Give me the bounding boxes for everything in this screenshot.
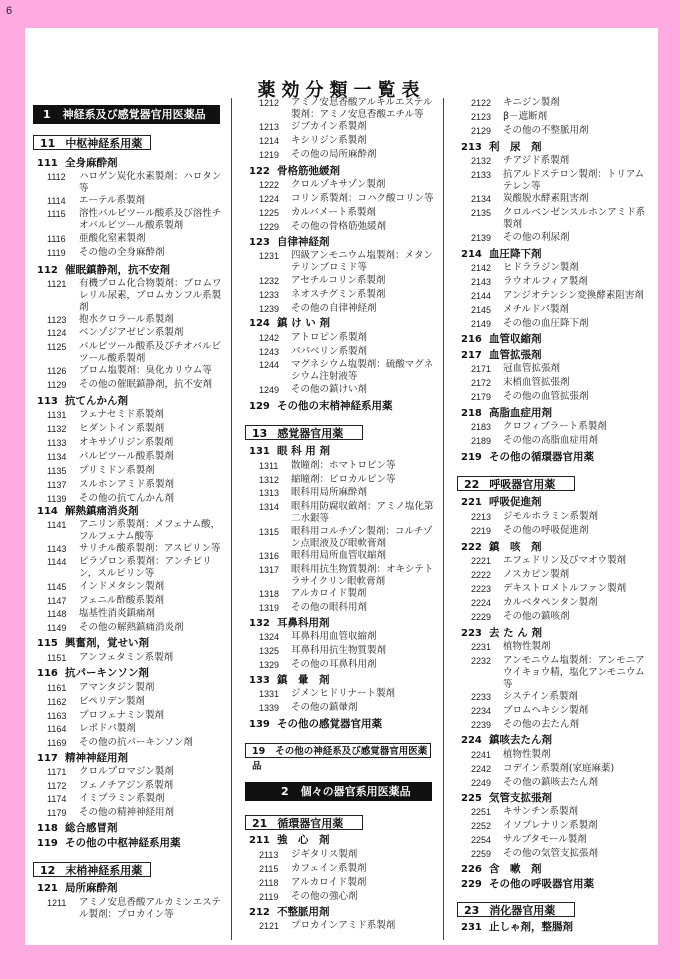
group-label: 末梢神経系用薬 [65, 864, 142, 877]
category-label: 興奮剤，覚せい剤 [65, 637, 149, 649]
subcategory-label: ジブカイン系製剤 [291, 121, 437, 133]
subcategory-code: 2171 [471, 363, 491, 375]
category-label: 耳鼻科用剤 [277, 617, 330, 629]
subcategory-code: 2229 [471, 611, 491, 623]
subcategory-item: 2222ノスカピン製剤 [471, 569, 649, 581]
subcategory-label: アニリン系製剤：メフェナム酸，フルフェナム酸等 [79, 519, 225, 543]
category-code: 112 [37, 265, 65, 276]
major-code: 1 [43, 108, 51, 121]
subcategory-code: 2144 [471, 290, 491, 302]
subcategory-label: 抱水クロラール系製剤 [79, 314, 225, 326]
category-heading: 117精神神経用剤 [37, 750, 128, 765]
group-heading-box: 19その他の神経系及び感覚器官用医薬品 [245, 743, 431, 758]
category-label: その他の末梢神経系用薬 [277, 400, 393, 412]
category-label: 鎮咳去たん剤 [489, 734, 552, 746]
category-code: 225 [461, 793, 489, 804]
subcategory-code: 1243 [259, 346, 279, 358]
subcategory-label: ハロゲン炭化水素製剤：ハロタン等 [79, 171, 225, 195]
group-code: 13 [252, 427, 267, 440]
group-code: 21 [252, 817, 267, 830]
subcategory-label: キサンチン系製剤 [503, 806, 649, 818]
subcategory-code: 1313 [259, 487, 279, 499]
category-label: 精神神経用剤 [65, 752, 128, 764]
subcategory-code: 2113 [259, 849, 278, 861]
subcategory-label: イミプラミン系製剤 [79, 793, 225, 805]
subcategory-item: 1134バルビツール酸系製剤 [47, 451, 225, 463]
subcategory-label: クロルプロマジン製剤 [79, 766, 225, 778]
category-code: 115 [37, 638, 65, 649]
subcategory-item: 1149その他の解熱鎮痛消炎剤 [47, 622, 225, 634]
major-label: 個々の器官系用医薬品 [301, 785, 411, 798]
subcategory-item: 1312縮瞳剤：ピロカルピン等 [259, 474, 437, 486]
category-label: 血管拡張剤 [489, 349, 542, 361]
subcategory-code: 2189 [471, 435, 491, 447]
subcategory-label: ベンゾジアゼピン系製剤 [79, 327, 225, 339]
category-heading: 129その他の末梢神経系用薬 [249, 398, 393, 413]
group-code: 11 [40, 137, 55, 150]
subcategory-label: カルベタペンタン製剤 [503, 597, 649, 609]
subcategory-item: 1147フェニル酢酸系製剤 [47, 595, 225, 607]
category-label: 強 心 剤 [277, 834, 330, 846]
subcategory-code: 1145 [47, 581, 66, 593]
subcategory-code: 1329 [259, 659, 279, 671]
subcategory-label: パパベリン系製剤 [291, 346, 437, 358]
subcategory-code: 1164 [47, 723, 66, 735]
subcategory-code: 2254 [471, 834, 491, 846]
subcategory-item: 2249その他の鎮咳去たん剤 [471, 777, 649, 789]
subcategory-code: 1213 [259, 121, 279, 133]
major-code: 2 [281, 785, 289, 798]
subcategory-code: 1317 [259, 564, 279, 576]
subcategory-label: その他の解熱鎮痛消炎剤 [79, 622, 225, 634]
subcategory-item: 1162ビペリデン製剤 [47, 696, 225, 708]
category-label: 含 嗽 剤 [489, 863, 542, 875]
subcategory-item: 2233システイン系製剤 [471, 691, 649, 703]
category-code: 223 [461, 628, 489, 639]
subcategory-code: 2219 [471, 525, 491, 537]
subcategory-code: 1134 [47, 451, 66, 463]
subcategory-code: 1214 [259, 135, 279, 147]
subcategory-code: 1126 [47, 365, 66, 377]
group-label: 感覚器官用薬 [277, 427, 343, 440]
subcategory-item: 1141アニリン系製剤：メフェナム酸，フルフェナム酸等 [47, 519, 225, 543]
major-label: 神経系及び感覚器官用医薬品 [63, 108, 206, 121]
subcategory-item: 1172フェノチアジン系製剤 [47, 780, 225, 792]
category-heading: 114解熱鎮痛消炎剤 [37, 503, 139, 518]
group-heading-box: 12末梢神経系用薬 [33, 862, 151, 877]
category-code: 124 [249, 318, 277, 329]
subcategory-item: 2229その他の鎮咳剤 [471, 611, 649, 623]
subcategory-code: 1151 [47, 652, 66, 664]
subcategory-label: その他の自律神経剤 [291, 303, 437, 315]
subcategory-item: 1129その他の催眠鎮静剤，抗不安剤 [47, 379, 225, 391]
category-label: 去 た ん 剤 [489, 627, 542, 639]
category-label: 解熱鎮痛消炎剤 [65, 505, 139, 517]
category-code: 117 [37, 753, 65, 764]
category-heading: 223去 た ん 剤 [461, 625, 542, 640]
subcategory-item: 1319その他の眼科用剤 [259, 602, 437, 614]
subcategory-code: 1212 [259, 97, 279, 109]
category-heading: 218高脂血症用剤 [461, 405, 552, 420]
group-heading-box: 23消化器官用薬 [457, 902, 575, 917]
category-heading: 212不整脈用剤 [249, 904, 330, 919]
subcategory-code: 1124 [47, 327, 66, 339]
category-code: 222 [461, 542, 489, 553]
major-category-band: 1神経系及び感覚器官用医薬品 [33, 105, 220, 124]
subcategory-item: 1124ベンゾジアゼピン系製剤 [47, 327, 225, 339]
subcategory-item: 1311散瞳剤：ホマトロピン等 [259, 460, 437, 472]
category-code: 229 [461, 879, 489, 890]
category-code: 116 [37, 668, 65, 679]
subcategory-label: ノスカピン製剤 [503, 569, 649, 581]
subcategory-code: 1137 [47, 479, 66, 491]
category-code: 231 [461, 922, 489, 933]
column-divider [443, 98, 444, 940]
subcategory-label: デキストロメトルファン製剤 [503, 583, 649, 595]
subcategory-label: 末梢血管拡張剤 [503, 377, 649, 389]
category-label: 総合感冒剤 [65, 822, 118, 834]
group-code: 22 [464, 478, 479, 491]
category-code: 214 [461, 249, 489, 260]
subcategory-code: 1129 [47, 379, 66, 391]
category-heading: 225気管支拡張剤 [461, 790, 552, 805]
subcategory-item: 2129その他の不整脈用剤 [471, 125, 649, 137]
subcategory-label: β－遮断剤 [503, 111, 649, 123]
subcategory-item: 1135プリミドン系製剤 [47, 465, 225, 477]
subcategory-code: 2233 [471, 691, 491, 703]
subcategory-code: 1123 [47, 314, 66, 326]
category-code: 212 [249, 907, 277, 918]
subcategory-item: 2118アルカロイド製剤 [259, 877, 437, 889]
category-heading: 113抗てんかん剤 [37, 393, 128, 408]
category-heading: 133鎮 暈 剤 [249, 672, 330, 687]
subcategory-code: 2142 [471, 262, 491, 274]
subcategory-label: コリン系製剤：コハク酸コリン等 [291, 193, 437, 205]
category-code: 131 [249, 446, 277, 457]
category-code: 139 [249, 719, 277, 730]
subcategory-code: 2224 [471, 597, 491, 609]
category-heading: 231止しゃ剤，整腸剤 [461, 919, 573, 934]
subcategory-item: 1239その他の自律神経剤 [259, 303, 437, 315]
subcategory-label: ネオスチグミン系製剤 [291, 289, 437, 301]
subcategory-item: 2254サルブタモール製剤 [471, 834, 649, 846]
subcategory-label: アンフェタミン系製剤 [79, 652, 225, 664]
subcategory-label: ジモルホラミン系製剤 [503, 511, 649, 523]
category-heading: 122骨格筋弛緩剤 [249, 163, 340, 178]
subcategory-item: 1233ネオスチグミン系製剤 [259, 289, 437, 301]
subcategory-code: 1315 [259, 526, 279, 538]
subcategory-label: 眼科用防腐収斂剤：アミノ塩化第二水銀等 [291, 501, 437, 525]
subcategory-label: 溶性バルビツール酸系及び溶性チオバルビツール酸系製剤 [79, 208, 225, 232]
subcategory-item: 1211アミノ安息香酸アルカミンエステル製剤：プロカイン等 [47, 897, 225, 921]
subcategory-label: 冠血管拡張剤 [503, 363, 649, 375]
category-code: 111 [37, 158, 65, 169]
category-code: 133 [249, 675, 277, 686]
subcategory-item: 2144アンジオテンシン変換酵素阻害剤 [471, 290, 649, 302]
subcategory-label: システイン系製剤 [503, 691, 649, 703]
subcategory-code: 2135 [471, 207, 491, 219]
subcategory-code: 1115 [47, 208, 66, 220]
subcategory-label: フェノチアジン系製剤 [79, 780, 225, 792]
subcategory-label: 亜酸化窒素製剤 [79, 233, 225, 245]
category-heading: 222鎮 咳 剤 [461, 539, 542, 554]
subcategory-item: 1163プロフェナミン製剤 [47, 710, 225, 722]
subcategory-label: 眼科用コルチゾン製剤：コルチゾン点眼液及び眼軟膏剤 [291, 526, 437, 550]
category-heading: 219その他の循環器官用薬 [461, 449, 594, 464]
subcategory-label: その他の耳鼻科用剤 [291, 659, 437, 671]
subcategory-item: 1143サリチル酸系製剤：アスピリン等 [47, 543, 225, 555]
subcategory-code: 1149 [47, 622, 66, 634]
group-label: 循環器官用薬 [277, 817, 343, 830]
subcategory-code: 1135 [47, 465, 66, 477]
subcategory-label: 耳鼻科用血管収縮剤 [291, 631, 437, 643]
subcategory-item: 1224コリン系製剤：コハク酸コリン等 [259, 193, 437, 205]
subcategory-label: ジギタリス製剤 [291, 849, 437, 861]
subcategory-label: 眼科用局所血管収縮剤 [291, 550, 437, 562]
category-label: 全身麻酔剤 [65, 157, 118, 169]
subcategory-item: 2132チアジド系製剤 [471, 155, 649, 167]
subcategory-label: クロルゾキサゾン製剤 [291, 179, 437, 191]
subcategory-item: 1212アミノ安息香酸アルキルエステル製剤：アミノ安息香酸エチル等 [259, 97, 437, 121]
subcategory-label: サリチル酸系製剤：アスピリン等 [79, 543, 225, 555]
subcategory-code: 1325 [259, 645, 279, 657]
subcategory-label: メチルドパ製剤 [503, 304, 649, 316]
subcategory-item: 1116亜酸化窒素製剤 [47, 233, 225, 245]
subcategory-item: 1112ハロゲン炭化水素製剤：ハロタン等 [47, 171, 225, 195]
subcategory-item: 2115カフェイン系製剤 [259, 863, 437, 875]
subcategory-label: キニジン製剤 [503, 97, 649, 109]
subcategory-item: 1222クロルゾキサゾン製剤 [259, 179, 437, 191]
subcategory-item: 1318アルカロイド製剤 [259, 588, 437, 600]
category-label: 不整脈用剤 [277, 906, 330, 918]
subcategory-code: 2115 [259, 863, 278, 875]
subcategory-code: 1144 [47, 556, 66, 568]
subcategory-label: アミノ安息香酸アルカミンエステル製剤：プロカイン等 [79, 897, 225, 921]
subcategory-code: 2239 [471, 719, 491, 731]
subcategory-code: 1324 [259, 631, 279, 643]
category-code: 221 [461, 497, 489, 508]
subcategory-item: 2183クロフィブラート系製剤 [471, 421, 649, 433]
category-heading: 111全身麻酔剤 [37, 155, 118, 170]
subcategory-code: 2259 [471, 848, 491, 860]
subcategory-code: 1225 [259, 207, 279, 219]
category-heading: 124鎮 け い 剤 [249, 315, 330, 330]
subcategory-label: エフェドリン及びマオウ製剤 [503, 555, 649, 567]
subcategory-item: 1314眼科用防腐収斂剤：アミノ塩化第二水銀等 [259, 501, 437, 525]
subcategory-item: 1225カルバメート系製剤 [259, 207, 437, 219]
subcategory-code: 1119 [47, 247, 66, 259]
subcategory-code: 2118 [259, 877, 278, 889]
subcategory-item: 1317眼科用抗生物質製剤：オキシテトラサイクリン眼軟膏剤 [259, 564, 437, 588]
subcategory-label: クロフィブラート系製剤 [503, 421, 649, 433]
category-code: 114 [37, 506, 65, 517]
subcategory-code: 1339 [259, 702, 279, 714]
subcategory-item: 2259その他の気管支拡張剤 [471, 848, 649, 860]
subcategory-code: 1121 [47, 278, 66, 290]
subcategory-item: 2134炭酸脱水酵素阻害剤 [471, 193, 649, 205]
subcategory-code: 2223 [471, 583, 491, 595]
subcategory-label: その他の鎮けい剤 [291, 384, 437, 396]
subcategory-item: 1179その他の精神神経用剤 [47, 807, 225, 819]
group-code: 12 [40, 864, 55, 877]
category-heading: 221呼吸促進剤 [461, 494, 542, 509]
subcategory-label: フェニル酢酸系製剤 [79, 595, 225, 607]
subcategory-label: サルブタモール製剤 [503, 834, 649, 846]
category-label: 呼吸促進剤 [489, 496, 542, 508]
category-heading: 211強 心 剤 [249, 832, 330, 847]
subcategory-code: 2213 [471, 511, 491, 523]
subcategory-code: 1133 [47, 437, 66, 449]
subcategory-code: 1242 [259, 332, 279, 344]
subcategory-label: 縮瞳剤：ピロカルピン等 [291, 474, 437, 486]
subcategory-label: その他の精神神経用剤 [79, 807, 225, 819]
category-heading: 216血管収縮剤 [461, 331, 542, 346]
subcategory-label: エーテル系製剤 [79, 195, 225, 207]
subcategory-item: 1213ジブカイン系製剤 [259, 121, 437, 133]
subcategory-label: 塩基性消炎鎮痛剤 [79, 608, 225, 620]
subcategory-item: 2149その他の血圧降下剤 [471, 318, 649, 330]
subcategory-label: 四級アンモニウム塩製剤：メタンテリンブロミド等 [291, 250, 437, 274]
subcategory-item: 1161アマンタジン製剤 [47, 682, 225, 694]
group-heading-box: 21循環器官用薬 [245, 815, 363, 830]
subcategory-item: 1119その他の全身麻酔剤 [47, 247, 225, 259]
category-code: 217 [461, 350, 489, 361]
subcategory-label: 植物性製剤 [503, 749, 649, 761]
subcategory-label: バルビツール酸系製剤 [79, 451, 225, 463]
group-label: 呼吸器官用薬 [489, 478, 555, 491]
subcategory-item: 1249その他の鎮けい剤 [259, 384, 437, 396]
category-label: 局所麻酔剤 [65, 882, 118, 894]
subcategory-item: 1229その他の骨格筋弛緩剤 [259, 221, 437, 233]
subcategory-label: スルホンアミド系製剤 [79, 479, 225, 491]
subcategory-label: フェナセミド系製剤 [79, 409, 225, 421]
category-heading: 131眼 科 用 剤 [249, 443, 330, 458]
subcategory-code: 1163 [47, 710, 66, 722]
subcategory-code: 2183 [471, 421, 491, 433]
group-heading-box: 11中枢神経系用薬 [33, 135, 151, 150]
subcategory-label: ブロム塩製剤：臭化カリウム等 [79, 365, 225, 377]
subcategory-code: 2179 [471, 391, 491, 403]
subcategory-code: 2119 [259, 891, 278, 903]
subcategory-code: 2234 [471, 705, 491, 717]
subcategory-code: 1331 [259, 688, 279, 700]
subcategory-code: 2134 [471, 193, 491, 205]
subcategory-code: 1224 [259, 193, 279, 205]
group-label: 中枢神経系用薬 [65, 137, 142, 150]
category-label: 血圧降下剤 [489, 248, 542, 260]
category-code: 121 [37, 883, 65, 894]
subcategory-item: 1231四級アンモニウム塩製剤：メタンテリンブロミド等 [259, 250, 437, 274]
category-heading: 123自律神経剤 [249, 234, 330, 249]
category-code: 123 [249, 237, 277, 248]
major-category-band: 2個々の器官系用医薬品 [245, 782, 432, 801]
category-code: 119 [37, 838, 65, 849]
subcategory-label: アルカロイド製剤 [291, 588, 437, 600]
category-heading: 217血管拡張剤 [461, 347, 542, 362]
subcategory-code: 1244 [259, 359, 279, 371]
subcategory-item: 1126ブロム塩製剤：臭化カリウム等 [47, 365, 225, 377]
subcategory-item: 2133抗アルドステロン製剤：トリアムテレン等 [471, 169, 649, 193]
subcategory-item: 2239その他の去たん剤 [471, 719, 649, 731]
subcategory-item: 2213ジモルホラミン系製剤 [471, 511, 649, 523]
subcategory-code: 2145 [471, 304, 491, 316]
subcategory-code: 1141 [47, 519, 66, 531]
subcategory-label: アルカロイド製剤 [291, 877, 437, 889]
category-code: 218 [461, 408, 489, 419]
category-label: 止しゃ剤，整腸剤 [489, 921, 573, 933]
subcategory-item: 2139その他の利尿剤 [471, 232, 649, 244]
subcategory-code: 1318 [259, 588, 279, 600]
subcategory-label: カルバメート系製剤 [291, 207, 437, 219]
category-heading: 121局所麻酔剤 [37, 880, 118, 895]
subcategory-item: 2224カルベタペンタン製剤 [471, 597, 649, 609]
subcategory-label: レボドパ製剤 [79, 723, 225, 735]
subcategory-item: 2252イソプレナリン系製剤 [471, 820, 649, 832]
subcategory-item: 1132ヒダントイン系製剤 [47, 423, 225, 435]
subcategory-label: チアジド系製剤 [503, 155, 649, 167]
subcategory-item: 1169その他の抗パーキンソン剤 [47, 737, 225, 749]
subcategory-item: 1242アトロピン系製剤 [259, 332, 437, 344]
subcategory-item: 2135クロルベンゼンスルホンアミド系製剤 [471, 207, 649, 231]
subcategory-code: 2172 [471, 377, 491, 389]
subcategory-label: コデイン系製剤(家庭麻薬) [503, 763, 649, 775]
subcategory-item: 2189その他の高脂血症用剤 [471, 435, 649, 447]
subcategory-item: 1174イミプラミン系製剤 [47, 793, 225, 805]
subcategory-label: その他の抗パーキンソン剤 [79, 737, 225, 749]
subcategory-code: 1171 [47, 766, 66, 778]
category-code: 224 [461, 735, 489, 746]
category-code: 132 [249, 618, 277, 629]
subcategory-code: 1172 [47, 780, 66, 792]
subcategory-label: カフェイン系製剤 [291, 863, 437, 875]
subcategory-code: 1125 [47, 341, 66, 353]
subcategory-code: 1239 [259, 303, 279, 315]
subcategory-code: 2242 [471, 763, 491, 775]
subcategory-code: 1311 [259, 460, 278, 472]
category-heading: 115興奮剤，覚せい剤 [37, 635, 149, 650]
subcategory-label: その他の気管支拡張剤 [503, 848, 649, 860]
subcategory-label: その他の鎮暈剤 [291, 702, 437, 714]
subcategory-code: 1211 [47, 897, 66, 909]
subcategory-label: ヒドララジン製剤 [503, 262, 649, 274]
subcategory-item: 2251キサンチン系製剤 [471, 806, 649, 818]
subcategory-label: その他の鎮咳剤 [503, 611, 649, 623]
subcategory-item: 1325耳鼻科用抗生物質製剤 [259, 645, 437, 657]
subcategory-code: 2249 [471, 777, 491, 789]
category-code: 118 [37, 823, 65, 834]
subcategory-code: 1114 [47, 195, 66, 207]
subcategory-item: 1144ピラゾロン系製剤：アンチピリン，スルピリン等 [47, 556, 225, 580]
subcategory-code: 1169 [47, 737, 66, 749]
group-label: 消化器官用薬 [489, 904, 555, 917]
subcategory-item: 1114エーテル系製剤 [47, 195, 225, 207]
subcategory-item: 2142ヒドララジン製剤 [471, 262, 649, 274]
subcategory-label: その他の強心剤 [291, 891, 437, 903]
subcategory-item: 2221エフェドリン及びマオウ製剤 [471, 555, 649, 567]
category-heading: 132耳鼻科用剤 [249, 615, 330, 630]
subcategory-item: 1145インドメタシン製剤 [47, 581, 225, 593]
subcategory-code: 1314 [259, 501, 279, 513]
category-label: その他の感覚器官用薬 [277, 718, 382, 730]
category-heading: 139その他の感覚器官用薬 [249, 716, 382, 731]
category-code: 213 [461, 142, 489, 153]
subcategory-code: 1219 [259, 149, 279, 161]
subcategory-code: 1112 [47, 171, 66, 183]
category-label: 気管支拡張剤 [489, 792, 552, 804]
subcategory-label: 眼科用抗生物質製剤：オキシテトラサイクリン眼軟膏剤 [291, 564, 437, 588]
subcategory-code: 1131 [47, 409, 66, 421]
subcategory-code: 2232 [471, 655, 491, 667]
